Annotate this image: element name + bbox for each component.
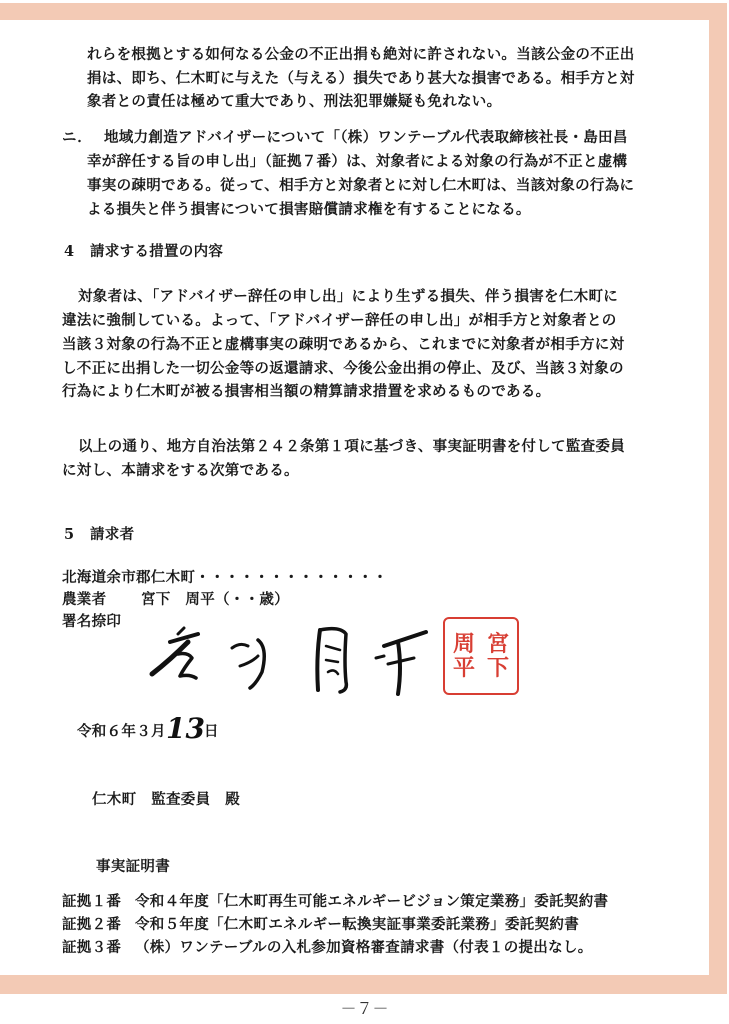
page-frame-right [709, 3, 727, 993]
signature-label: 署名捺印 [62, 610, 121, 634]
item-ni-line: 事実の疎明である。従って、相手方と対象者とに対し仁木町は、当該対象の行為に [87, 174, 634, 198]
continuation-line: 象者との責任は極めて重大であり、刑法犯罪嫌疑も免れない。 [87, 90, 501, 114]
requester-address: 北海道余市郡仁木町・・・・・・・・・・・・・ [62, 566, 388, 590]
section-number: 4 [64, 240, 74, 264]
section4-line: 対象者は、「アドバイザー辞任の申し出」により生ずる損失、伴う損害を仁木町に [78, 285, 618, 309]
evidence-text: （株）ワンテーブルの入札参加資格審査請求書（付表１の提出なし。 [135, 936, 593, 960]
closing-line: に対し、本請求をする次第である。 [62, 459, 299, 483]
date-suffix: 日 [204, 720, 219, 744]
evidence-heading: 事実証明書 [96, 855, 170, 879]
section-heading: 請求する措置の内容 [90, 240, 223, 264]
requester-occupation: 農業者 [62, 588, 106, 612]
section4-line: し不正に出捐した一切公金等の返還請求、今後公金出捐の停止、及び、当該３対象の [62, 357, 624, 381]
item-ni-line: よる損失と伴う損害について損害賠償請求権を有することになる。 [87, 198, 531, 222]
evidence-text: 令和４年度「仁木町再生可能エネルギービジョン策定業務」委託契約書 [135, 890, 608, 914]
evidence-label: 証拠２番 [62, 913, 121, 937]
red-seal-stamp: 周 宮 平 下 [443, 617, 519, 695]
evidence-text: 令和５年度「仁木町エネルギー転換実証事業委託業務」委託契約書 [135, 913, 579, 937]
item-marker: ニ． [62, 126, 92, 150]
evidence-label: 証拠３番 [62, 936, 121, 960]
handwritten-signature [140, 612, 440, 698]
item-ni-line: 地域力創造アドバイザーについて「（株）ワンテーブル代表取締核社長・島田昌 [104, 126, 628, 150]
page-frame-bottom [0, 975, 727, 994]
section4-line: 違法に強制している。よって、「アドバイザー辞任の申し出」が相手方と対象者との [62, 309, 617, 333]
document-page: れらを根拠とする如何なる公金の不正出捐も絶対に許されない。当該公金の不正出 捐は… [0, 20, 709, 975]
continuation-line: 捐は、即ち、仁木町に与えた（与える）損失であり甚大な損害である。相手方と対 [87, 67, 635, 91]
seal-char: 宮 [481, 632, 515, 656]
seal-char: 下 [481, 656, 515, 680]
handwritten-day: 13 [166, 712, 205, 745]
seal-char: 周 [447, 632, 481, 656]
requester-name: 宮下 周平（・・歳） [141, 588, 289, 612]
section-number: 5 [64, 523, 74, 547]
seal-char: 平 [447, 656, 481, 680]
evidence-label: 証拠１番 [62, 890, 121, 914]
date-prefix: 令和６年３月 [77, 720, 166, 744]
continuation-line: れらを根拠とする如何なる公金の不正出捐も絶対に許されない。当該公金の不正出 [87, 43, 635, 67]
page-frame-top [0, 3, 727, 20]
section4-line: 行為により仁木町が被る損害相当額の精算請求措置を求めるものである。 [62, 380, 550, 404]
addressee: 仁木町 監査委員 殿 [92, 788, 240, 812]
section4-line: 当該３対象の行為不正と虚構事実の疎明であるから、これまでに対象者が相手方に対 [62, 333, 624, 357]
closing-line: 以上の通り、地方自治法第２４２条第１項に基づき、事実証明書を付して監査委員 [78, 435, 625, 459]
page-number: －７－ [0, 996, 729, 1019]
section-heading: 請求者 [90, 523, 134, 547]
item-ni-line: 幸が辞任する旨の申し出」（証拠７番）は、対象者による対象の行為が不正と虚構 [87, 150, 627, 174]
